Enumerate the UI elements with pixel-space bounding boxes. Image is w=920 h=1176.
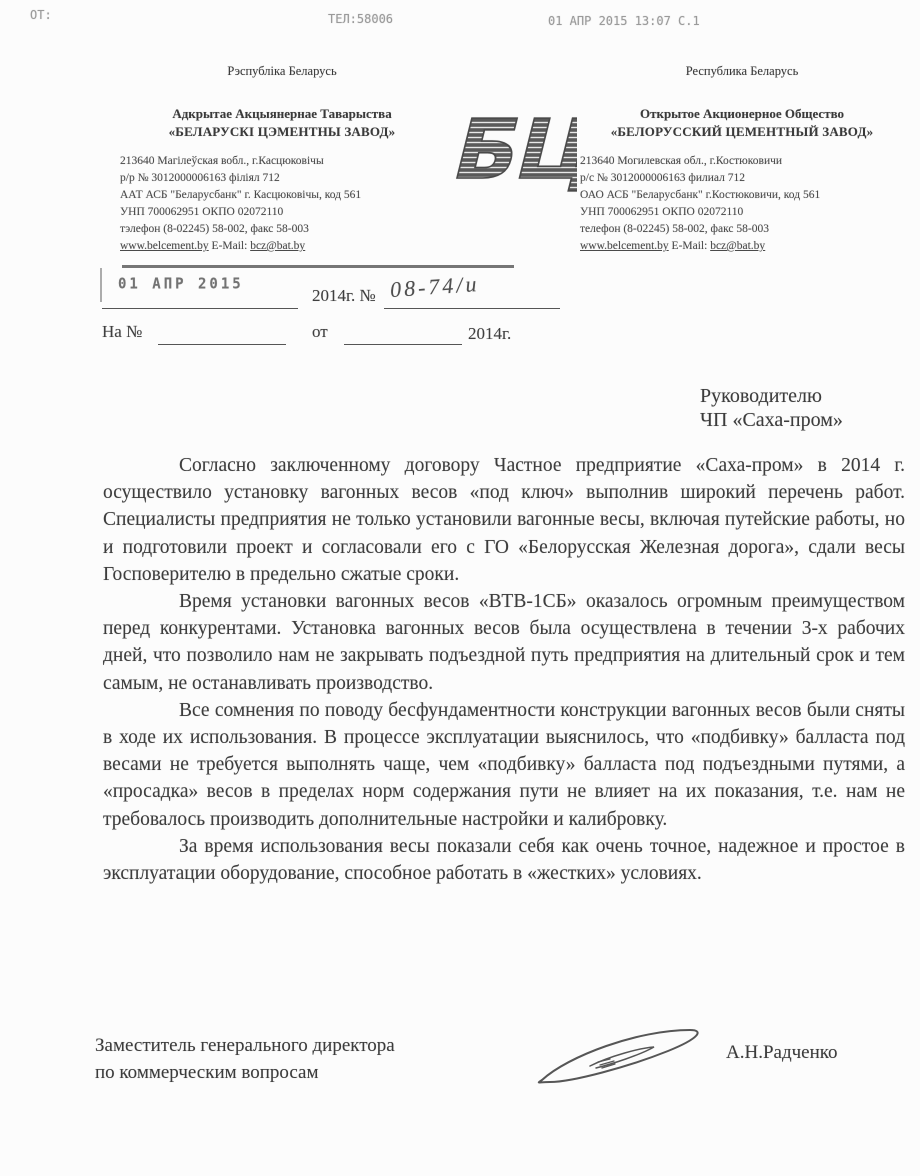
country-name-by: Рэспубліка Беларусь bbox=[112, 64, 452, 79]
org-name-ru: «БЕЛОРУССКИЙ ЦЕМЕНТНЫЙ ЗАВОД» bbox=[572, 124, 912, 140]
fax-tel: ТЕЛ:58006 bbox=[328, 12, 393, 26]
incoming-year-label: 2014г. bbox=[468, 324, 511, 344]
address-line: тэлефон (8-02245) 58-002, факс 58-003 bbox=[120, 221, 452, 238]
address-line: телефон (8-02245) 58-002, факс 58-003 bbox=[580, 221, 912, 238]
address-block-ru: 213640 Могилевская обл., г.Костюковичи р… bbox=[572, 153, 912, 255]
bc-monogram-icon: БЦ bbox=[447, 100, 577, 196]
blank-line bbox=[102, 308, 298, 309]
letterhead-right-column: Республика Беларусь Открытое Акционерное… bbox=[572, 64, 912, 255]
paragraph-4: За время использования весы показали себ… bbox=[103, 833, 905, 887]
email-label: E-Mail: bbox=[672, 240, 708, 252]
recipient-title: Руководителю bbox=[700, 384, 843, 408]
scan-edge-mark bbox=[100, 268, 102, 302]
address-line: ОАО АСБ "Беларусбанк" г.Костюковичи, код… bbox=[580, 187, 912, 204]
org-type-by: Адкрытае Акцыянернае Таварыства bbox=[112, 106, 452, 122]
recipient-company: ЧП «Саха-пром» bbox=[700, 408, 843, 432]
blank-line bbox=[158, 344, 286, 345]
website-text: www.belcement.by bbox=[580, 240, 669, 252]
signature-icon bbox=[528, 1018, 718, 1098]
email-text: bcz@bat.by bbox=[250, 240, 305, 252]
email-label: E-Mail: bbox=[212, 240, 248, 252]
website-text: www.belcement.by bbox=[120, 240, 209, 252]
address-links: www.belcement.by E-Mail: bcz@bat.by bbox=[120, 238, 452, 255]
letter-body: Согласно заключенному договору Частное п… bbox=[103, 452, 905, 887]
signer-name: А.Н.Радченко bbox=[726, 1042, 838, 1064]
email-text: bcz@bat.by bbox=[710, 240, 765, 252]
letterhead-left-column: Рэспубліка Беларусь Адкрытае Акцыянернае… bbox=[112, 64, 452, 255]
org-name-by: «БЕЛАРУСКІ ЦЭМЕНТНЫ ЗАВОД» bbox=[112, 124, 452, 140]
fax-from-label: ОТ: bbox=[30, 8, 52, 22]
fax-timestamp: 01 АПР 2015 13:07 С.1 bbox=[548, 14, 700, 28]
address-line: р/р № 3012000006163 філіял 712 bbox=[120, 170, 452, 187]
outgoing-number-label: 2014г. № bbox=[312, 286, 376, 306]
signer-position: Заместитель генерального директора по ко… bbox=[95, 1032, 395, 1086]
blank-line bbox=[344, 344, 462, 345]
from-date-label: от bbox=[312, 322, 328, 342]
fax-header: ОТ: ТЕЛ:58006 01 АПР 2015 13:07 С.1 bbox=[0, 6, 920, 28]
handwritten-signature bbox=[528, 1018, 718, 1103]
address-links: www.belcement.by E-Mail: bcz@bat.by bbox=[580, 238, 912, 255]
blank-line bbox=[384, 308, 560, 309]
address-line: ААТ АСБ "Беларусбанк" г. Касцюковічы, ко… bbox=[120, 187, 452, 204]
company-logo: БЦ bbox=[447, 100, 577, 196]
incoming-number-label: На № bbox=[102, 322, 142, 342]
org-type-ru: Открытое Акционерное Общество bbox=[572, 106, 912, 122]
address-line: УНП 700062951 ОКПО 02072110 bbox=[120, 204, 452, 221]
address-line: 213640 Магілеўская вобл., г.Касцюковічы bbox=[120, 153, 452, 170]
svg-text:БЦ: БЦ bbox=[447, 102, 577, 196]
signer-position-line1: Заместитель генерального директора bbox=[95, 1032, 395, 1059]
address-line: УНП 700062951 ОКПО 02072110 bbox=[580, 204, 912, 221]
paragraph-1: Согласно заключенному договору Частное п… bbox=[103, 452, 905, 588]
date-stamp: 01 АПР 2015 bbox=[118, 275, 244, 293]
address-block-by: 213640 Магілеўская вобл., г.Касцюковічы … bbox=[112, 153, 452, 255]
scanned-letter-page: ОТ: ТЕЛ:58006 01 АПР 2015 13:07 С.1 Рэсп… bbox=[0, 0, 920, 1176]
reference-block: 01 АПР 2015 2014г. № 08-74/и На № от 201… bbox=[100, 260, 600, 350]
divider-line bbox=[122, 265, 514, 268]
handwritten-outgoing-number: 08-74/и bbox=[389, 271, 480, 303]
paragraph-2: Время установки вагонных весов «ВТВ-1СБ»… bbox=[103, 588, 905, 697]
signer-position-line2: по коммерческим вопросам bbox=[95, 1059, 395, 1086]
address-line: р/с № 3012000006163 филиал 712 bbox=[580, 170, 912, 187]
address-line: 213640 Могилевская обл., г.Костюковичи bbox=[580, 153, 912, 170]
paragraph-3: Все сомнения по поводу бесфундаментности… bbox=[103, 697, 905, 833]
country-name-ru: Республика Беларусь bbox=[572, 64, 912, 79]
recipient-block: Руководителю ЧП «Саха-пром» bbox=[700, 384, 843, 432]
